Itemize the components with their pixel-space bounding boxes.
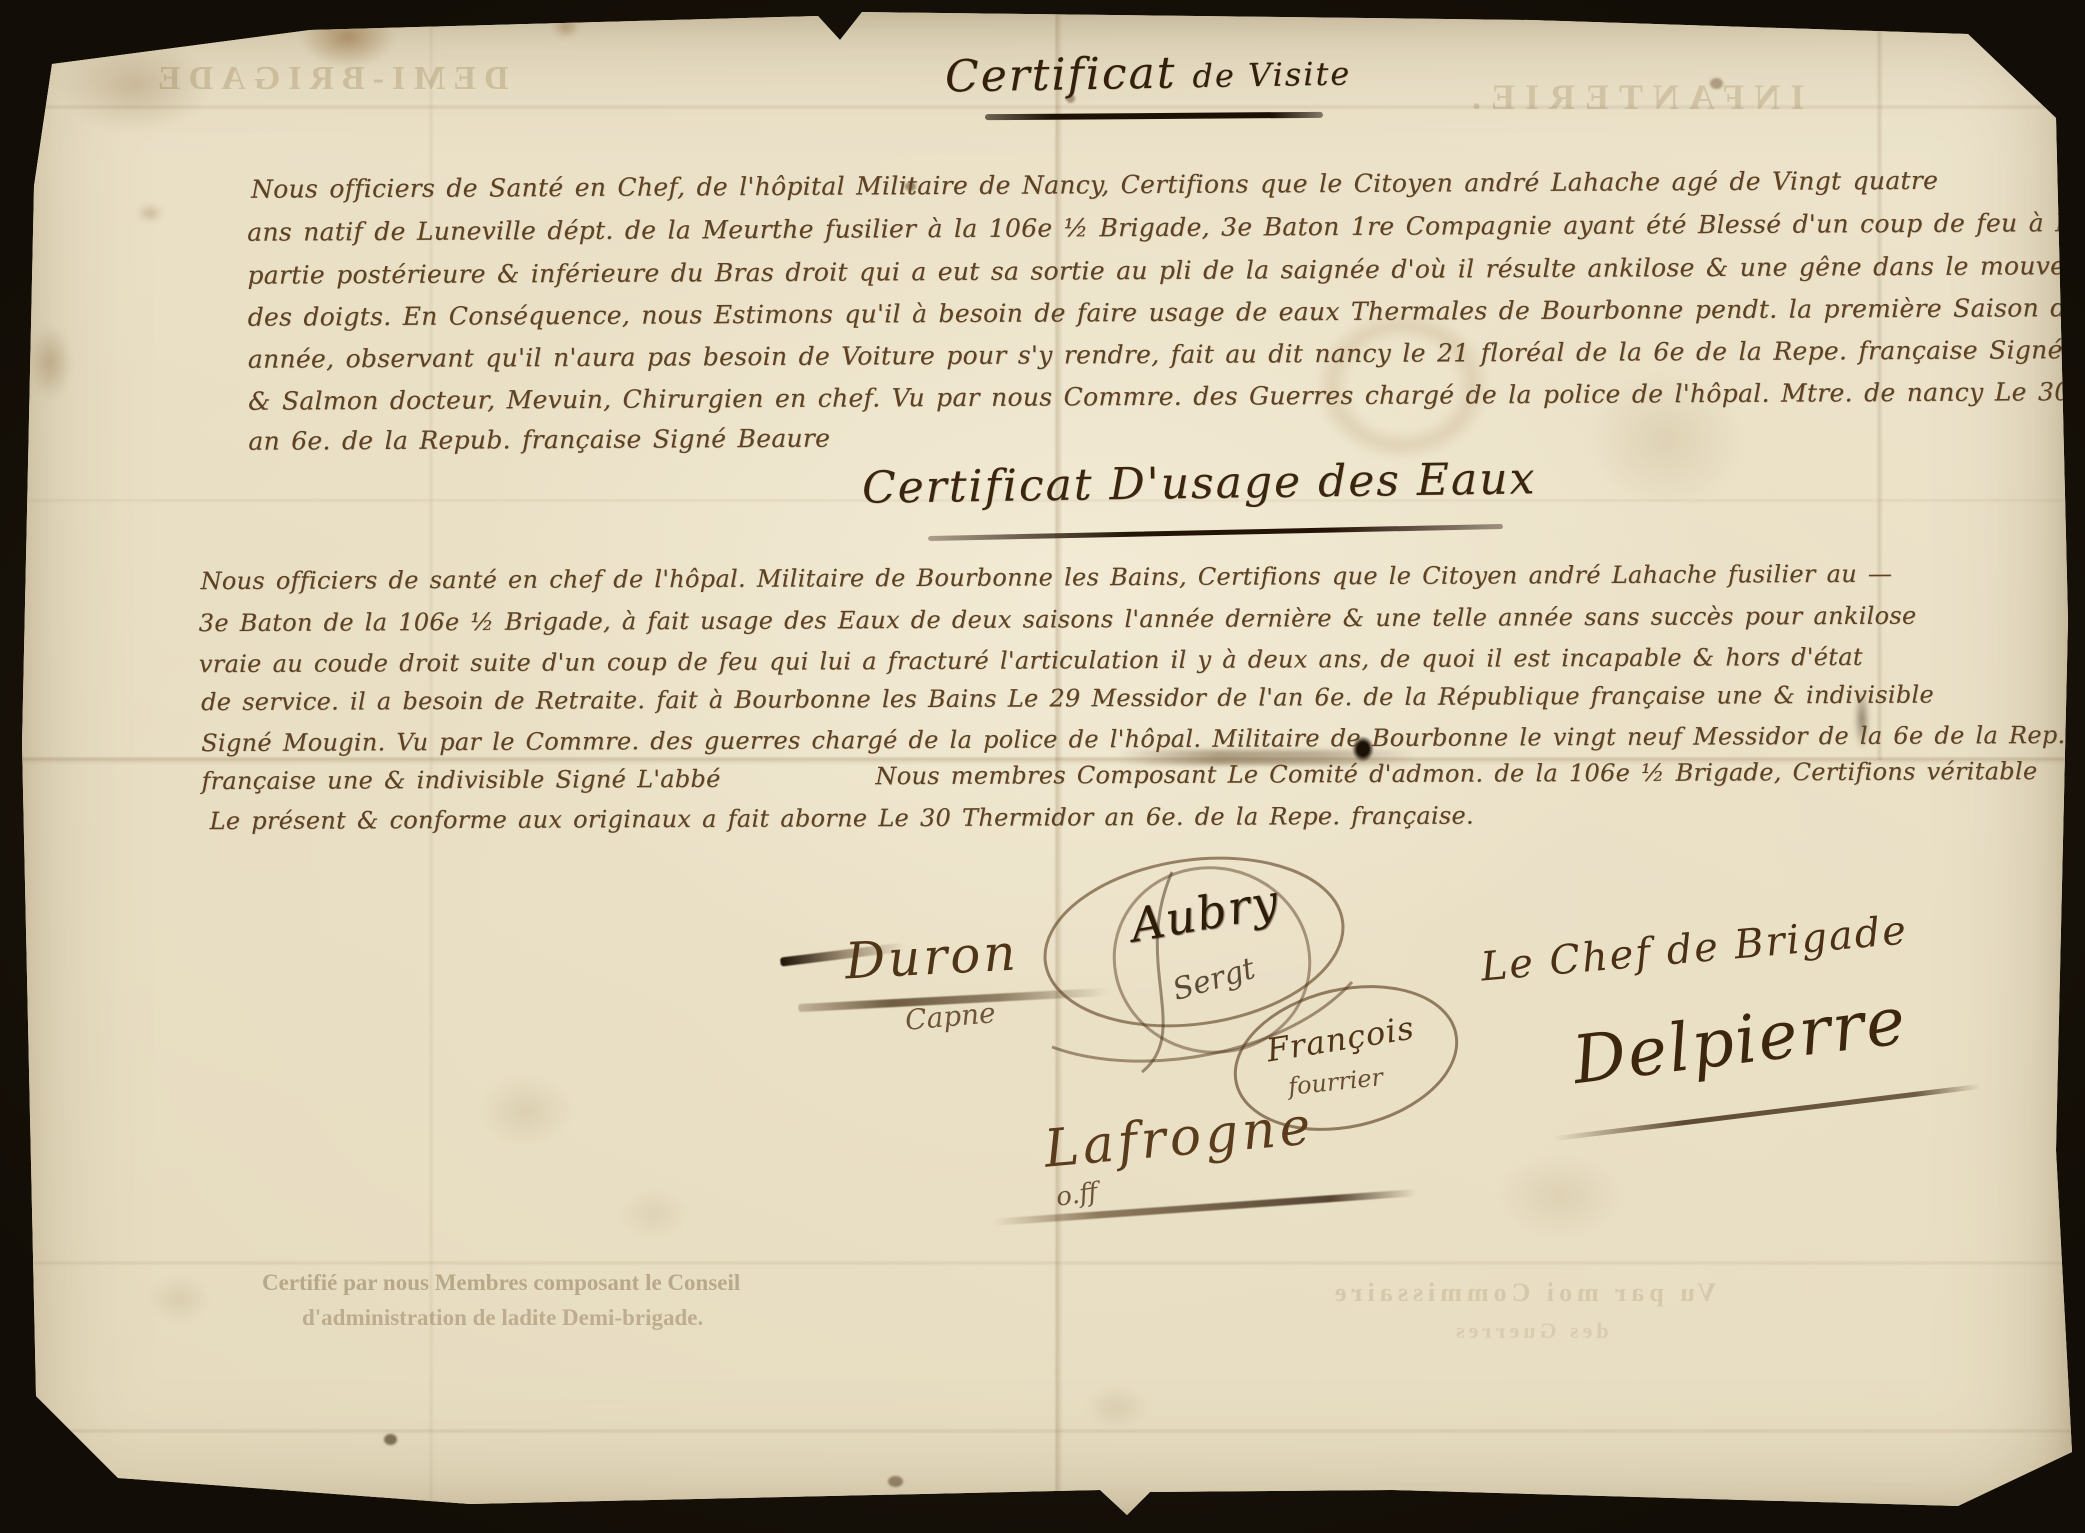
manuscript-line: partie postérieure & inférieure du Bras … (247, 251, 2085, 290)
stain (1086, 1386, 1148, 1428)
bleedthrough-conseil-line2: d'administration de ladite Demi-brigade. (302, 1305, 703, 1331)
parchment-document: DEMI-BRIGADE INFANTERIE. Certifié par no… (0, 0, 2085, 1533)
document-title: Certificat de Visite (945, 44, 1352, 102)
manuscript-line: vraie au coude droit suite d'un coup de … (199, 643, 1863, 678)
bleedthrough-commissaire-line1: Vu par moi Commissaire (1330, 1278, 1716, 1308)
bleedthrough-conseil-line1: Certifié par nous Membres composant le C… (262, 1270, 740, 1296)
heading-underline (928, 524, 1503, 541)
manuscript-line: & Salmon docteur, Mevuin, Chirurgien en … (248, 376, 2085, 415)
stain (300, 6, 395, 68)
closing-line: Le présent & conforme aux originaux a fa… (210, 802, 1474, 836)
title-underline (985, 112, 1323, 120)
stain (618, 1188, 690, 1240)
comite-line: Nous membres Composant Le Comité d'admon… (875, 757, 2037, 790)
manuscript-line: an 6e. de la Repub. française Signé Beau… (248, 424, 830, 456)
stain (552, 16, 580, 38)
manuscript-line: 3e Baton de la 106e ½ Brigade, à fait us… (199, 602, 1917, 637)
stain (478, 1075, 573, 1147)
bleedthrough-commissaire-line2: des Guerres (1452, 1318, 1609, 1344)
stain (60, 38, 210, 133)
signature-delpierre: Delpierre (1569, 982, 1912, 1099)
signature-duron: Duron (844, 923, 1020, 990)
manuscript-line: Nous officiers de santé en chef de l'hôp… (200, 560, 1892, 595)
stain (148, 1276, 210, 1322)
manuscript-line: des doigts. En Conséquence, nous Estimon… (248, 292, 2085, 331)
manuscript-line: ans natif de Luneville dépt. de la Meurt… (247, 208, 2085, 247)
scan-background: DEMI-BRIGADE INFANTERIE. Certifié par no… (0, 0, 2085, 1533)
horizontal-fold-bottom (0, 1428, 2085, 1434)
stain (888, 1476, 903, 1487)
certificat-usage-heading: Certificat D'usage des Eaux (862, 453, 1537, 513)
bleedthrough-infanterie: INFANTERIE. (1462, 76, 1804, 118)
stain (1498, 1155, 1623, 1237)
manuscript-line: française une & indivisible Signé L'abbé (201, 765, 720, 795)
title-suffix: de Visite (1192, 54, 1351, 95)
signature-lafrogne-role: o.ff (1054, 1177, 1100, 1213)
stain (136, 204, 164, 222)
horizontal-fold-top (0, 104, 2085, 110)
manuscript-line: Nous officiers de Santé en Chef, de l'hô… (251, 166, 1938, 204)
signature-duron-role: Capne (904, 996, 997, 1037)
manuscript-line: année, observant qu'il n'aura pas besoin… (248, 335, 2085, 374)
stain (28, 325, 72, 400)
chef-de-brigade-title: Le Chef de Brigade (1479, 907, 1910, 990)
signature-lafrogne: Lafrogne (1042, 1096, 1317, 1179)
manuscript-line: Signé Mougin. Vu par le Commre. des guer… (201, 721, 2065, 757)
title-word: Certificat (945, 48, 1177, 103)
horizontal-fold-lower (0, 1260, 2085, 1266)
manuscript-line: de service. il a besoin de Retraite. fai… (201, 681, 1934, 717)
stain (384, 1434, 397, 1445)
stain (1710, 78, 1723, 89)
